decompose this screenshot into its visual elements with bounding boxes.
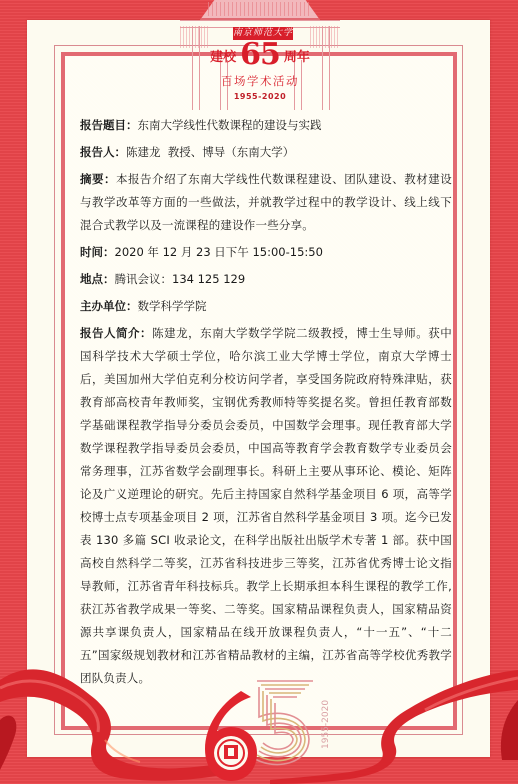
anniversary-emblem: 南京师范大学 建校 65 周年 百场学术活动 1955-2020 [180, 0, 340, 110]
report-title-value: 东南大学线性代数课程的建设与实践 [138, 118, 322, 132]
report-title-row: 报告题目：东南大学线性代数课程的建设与实践 [80, 114, 452, 137]
stylized-six-icon [199, 687, 259, 783]
report-details: 报告题目：东南大学线性代数课程的建设与实践 报告人：陈建龙 教授、博导（东南大学… [80, 114, 452, 690]
abstract-row: 摘要：本报告介绍了东南大学线性代数课程建设、团队建设、教材建设与教学改革等方面的… [80, 168, 452, 237]
gate-roof-tiles [208, 2, 312, 16]
report-title-label: 报告题目： [80, 118, 138, 132]
organizer-value: 数学科学学院 [138, 299, 207, 313]
speaker-label: 报告人： [80, 145, 126, 159]
abstract-value: 本报告介绍了东南大学线性代数课程建设、团队建设、教材建设与教学改革等方面的一些做… [80, 172, 452, 232]
footer-65-emblem: 1955-2020 [185, 673, 335, 784]
anniversary-title: 建校 65 周年 [180, 40, 340, 70]
anniversary-years: 1955-2020 [180, 92, 340, 101]
abstract-label: 摘要： [80, 172, 116, 186]
speaker-bio-row: 报告人简介：陈建龙，东南大学数学学院二级教授，博士生导师。获中国科学技术大学硕士… [80, 322, 452, 690]
speaker-row: 报告人：陈建龙 教授、博导（东南大学） [80, 141, 452, 164]
footer-years: 1955-2020 [321, 700, 331, 749]
speaker-bio-label: 报告人简介： [80, 326, 152, 340]
organizer-label: 主办单位： [80, 299, 138, 313]
organizer-row: 主办单位：数学科学学院 [80, 295, 452, 318]
anniversary-prefix: 建校 [210, 46, 236, 65]
time-row: 时间：2020 年 12 月 23 日下午 15:00-15:50 [80, 241, 452, 264]
speaker-value: 陈建龙 教授、博导（东南大学） [126, 145, 294, 159]
location-row: 地点：腾讯会议：134 125 129 [80, 268, 452, 291]
speaker-bio-value: 陈建龙，东南大学数学学院二级教授，博士生导师。获中国科学技术大学硕士学位，哈尔滨… [80, 326, 452, 685]
time-label: 时间： [80, 245, 115, 259]
location-value: 腾讯会议：134 125 129 [115, 272, 246, 286]
event-series-title: 百场学术活动 [180, 73, 340, 89]
location-label: 地点： [80, 272, 115, 286]
time-value: 2020 年 12 月 23 日下午 15:00-15:50 [115, 245, 323, 259]
anniversary-suffix: 周年 [284, 46, 310, 65]
anniversary-number: 65 [240, 40, 280, 70]
